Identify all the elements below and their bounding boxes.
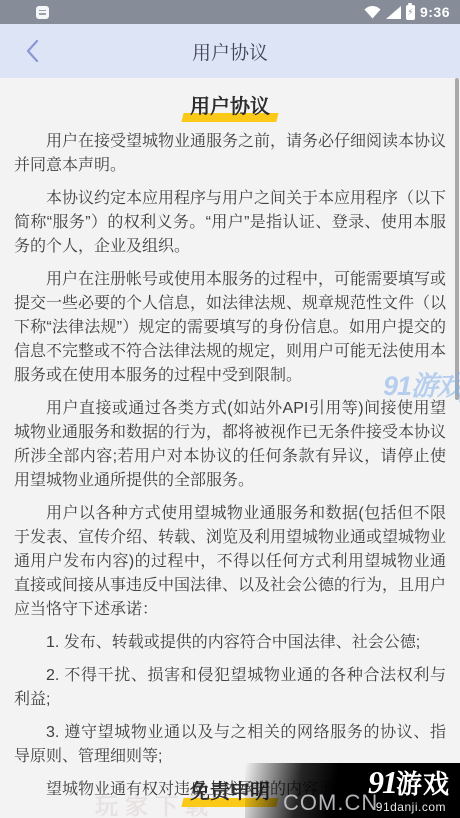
agreement-title-row: 用户协议: [14, 94, 446, 121]
paragraph: 本协议约定本应用程序与用户之间关于本应用程序（以下简称“服务”）的权利义务。“用…: [14, 187, 446, 259]
91games-logo: 91游戏: [368, 766, 450, 798]
list-item: 2. 不得干扰、损害和侵犯望城物业通的各种合法权利与利益;: [14, 664, 446, 712]
list-item: 1. 发布、转载或提供的内容符合中国法律、社会公德;: [14, 631, 446, 655]
chevron-left-icon: [26, 40, 39, 62]
agreement-content[interactable]: 用户协议 用户在接受望城物业通服务之前，请务必仔细阅读本协议并同意本声明。 本协…: [0, 78, 460, 818]
status-bar-right: ⚡ 9:36: [364, 4, 450, 20]
paragraph: 用户以各种方式使用望城物业通服务和数据(包括但不限于发表、宣传介绍、转载、浏览及…: [14, 502, 446, 622]
screen: ⚡ 9:36 用户协议 用户协议 用户在接受望城物业通服务之前，请务必仔细阅读本…: [0, 0, 460, 818]
agreement-title: 用户协议: [186, 94, 274, 121]
scrollbar[interactable]: [455, 78, 459, 400]
notification-icon: [36, 6, 49, 19]
paragraph: 用户在注册帐号或使用本服务的过程中，可能需要填写或提交一些必要的个人信息，如法律…: [14, 268, 446, 388]
paragraph: 用户在接受望城物业通服务之前，请务必仔细阅读本协议并同意本声明。: [14, 130, 446, 178]
watermark-91games-mid: 91游戏.com: [383, 364, 460, 403]
status-bar-left: [36, 6, 49, 19]
watermark-domain-text: COM.CN: [283, 790, 378, 816]
list-item: 3. 遵守望城物业通以及与之相关的网络服务的协议、指导原则、管理细则等;: [14, 721, 446, 769]
status-time: 9:36: [420, 4, 450, 20]
signal-icon: [386, 6, 401, 19]
charging-bolt-icon: ⚡: [407, 8, 413, 17]
page-title: 用户协议: [192, 38, 268, 65]
status-bar: ⚡ 9:36: [0, 0, 460, 24]
battery-icon: ⚡: [406, 5, 415, 20]
wifi-icon: [364, 6, 381, 19]
paragraph: 用户直接或通过各类方式(如站外API引用等)间接使用望城物业通服务和数据的行为，…: [14, 397, 446, 493]
back-button[interactable]: [14, 24, 50, 78]
91danji-site-label: 91danji.com: [376, 800, 446, 814]
app-header: 用户协议: [0, 24, 460, 78]
